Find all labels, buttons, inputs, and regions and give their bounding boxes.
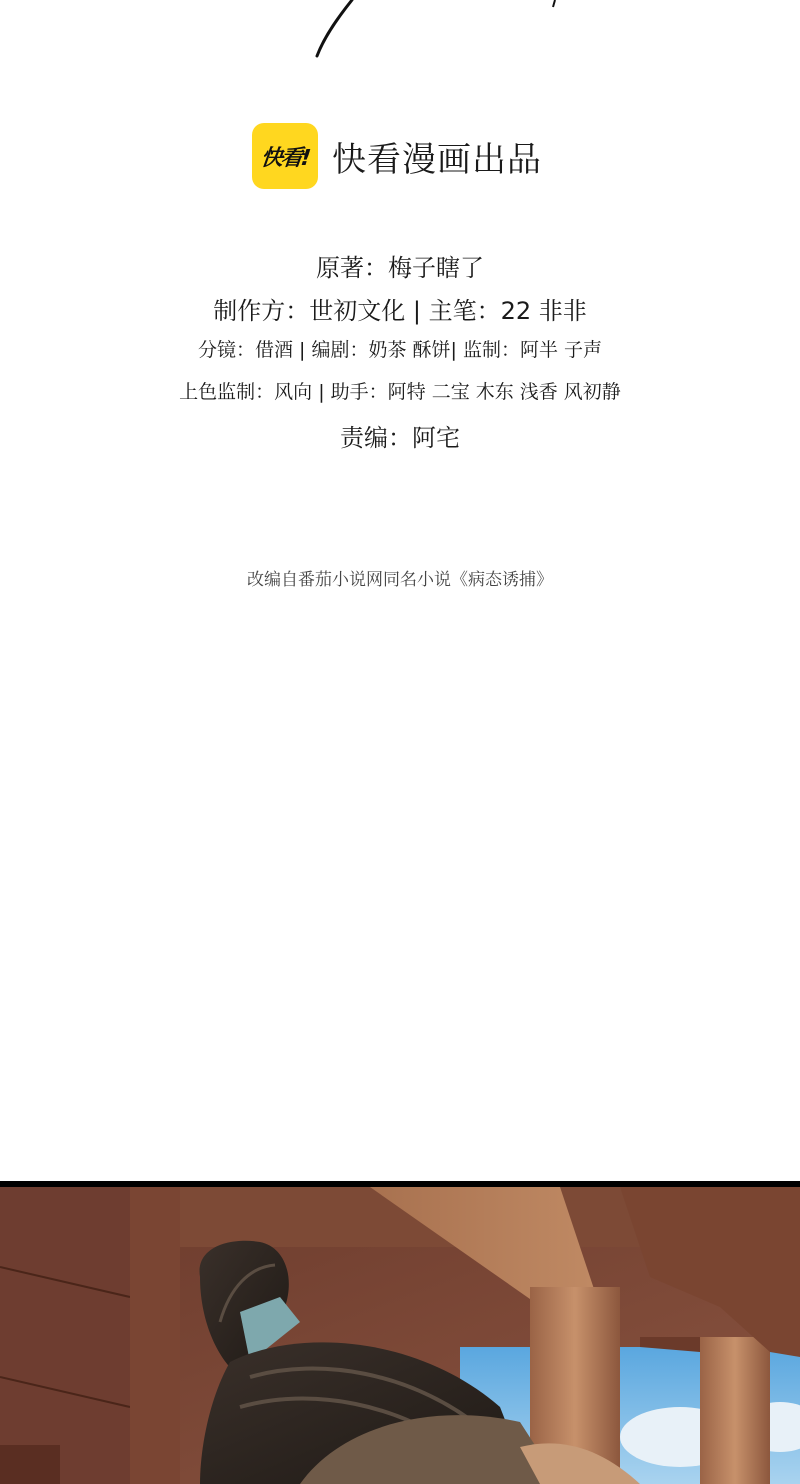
adaptation-note: 改编自番茄小说网同名小说《病态诱捕》 (0, 565, 800, 590)
comic-panel (0, 1181, 800, 1484)
credit-original-author: 原著：梅子瞎了 (0, 248, 800, 283)
credit-storyboard-script: 分镜：借酒 | 编剧：奶茶 酥饼| 监制：阿半 子声 (0, 335, 800, 362)
kuaikan-logo-icon: 快看! (252, 123, 318, 189)
credit-coloring-assistants: 上色监制：风向 | 助手：阿特 二宝 木东 浅香 风初静 (0, 377, 800, 404)
panel-illustration (0, 1187, 800, 1484)
ink-stroke-decoration (0, 0, 800, 70)
credit-editor: 责编：阿宅 (0, 418, 800, 453)
credit-production: 制作方：世初文化 | 主笔：22 非非 (0, 291, 800, 326)
logo-text: 快看! (259, 141, 310, 172)
brand-header: 快看! 快看漫画出品 (0, 123, 800, 189)
brand-title: 快看漫画出品 (332, 132, 542, 181)
